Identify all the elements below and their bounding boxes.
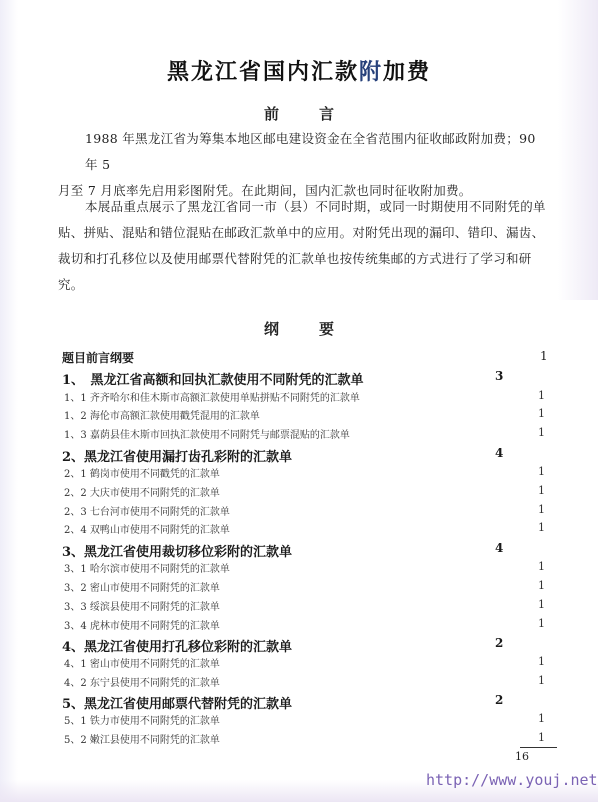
- outline-subitem: 3、4 虎林市使用不同附凭的汇款单1: [0, 617, 598, 635]
- preface-heading-char: 前: [264, 103, 279, 124]
- outline-subitem: 3、2 密山市使用不同附凭的汇款单1: [0, 579, 598, 597]
- preface-heading-char: 言: [319, 103, 334, 124]
- outline-label: 4、黑龙江省使用打孔移位彩附的汇款单: [62, 636, 292, 655]
- outline-label: 4、2 东宁县使用不同附凭的汇款单: [64, 674, 220, 689]
- outline-page-count: 4: [495, 446, 503, 460]
- outline-label: 2、3 七台河市使用不同附凭的汇款单: [64, 503, 230, 518]
- outline-section: 3、黑龙江省使用裁切移位彩附的汇款单4: [0, 541, 598, 559]
- outline-label: 2、2 大庆市使用不同附凭的汇款单: [64, 484, 220, 499]
- scan-edge-right: [558, 0, 598, 300]
- outline-page-count: 1: [538, 598, 545, 611]
- preface-paragraph-1: 1988 年黑龙江省为筹集本地区邮电建设资金在全省范围内征收邮政附加费；90 年…: [58, 126, 546, 204]
- outline-subitem: 1、3 嘉荫县佳木斯市回执汇款使用不同附凭与邮票混贴的汇款单1: [0, 426, 598, 444]
- outline-page-count: 3: [495, 369, 503, 383]
- watermark-url: http://www.youj.net/: [426, 771, 598, 789]
- outline-label: 3、4 虎林市使用不同附凭的汇款单: [64, 617, 220, 632]
- outline-subitem: 1、1 齐齐哈尔和佳木斯市高额汇款使用单贴拼贴不同附凭的汇款单1: [0, 389, 598, 407]
- outline-page-count: 1: [538, 503, 545, 516]
- outline-page-count: 1: [538, 407, 545, 420]
- outline-item: 题目前言纲要1: [0, 349, 598, 367]
- outline-subitem: 4、2 东宁县使用不同附凭的汇款单1: [0, 674, 598, 692]
- title-text: 黑龙江省国内汇款: [167, 59, 359, 85]
- outline-label: 3、3 绥滨县使用不同附凭的汇款单: [64, 598, 220, 613]
- outline-subitem: 2、1 鹤岗市使用不同戳凭的汇款单1: [0, 465, 598, 483]
- outline-label: 3、1 哈尔滨市使用不同附凭的汇款单: [64, 560, 230, 575]
- outline-heading-char: 纲: [264, 318, 279, 339]
- preface-heading: 前言: [0, 103, 598, 124]
- outline-page-count: 1: [538, 579, 545, 592]
- outline-page-count: 1: [538, 521, 545, 534]
- outline-label: 5、1 铁力市使用不同附凭的汇款单: [64, 712, 220, 727]
- outline-page-count: 1: [538, 655, 545, 668]
- outline-label: 5、2 嫩江县使用不同附凭的汇款单: [64, 731, 220, 746]
- outline-page-count: 2: [495, 693, 503, 707]
- total-divider: [520, 747, 557, 748]
- outline-section: 5、黑龙江省使用邮票代替附凭的汇款单2: [0, 693, 598, 711]
- outline-page-count: 1: [540, 349, 548, 363]
- outline-label: 3、黑龙江省使用裁切移位彩附的汇款单: [62, 541, 292, 560]
- para-line: 裁切和打孔移位以及使用邮票代替附凭的汇款单也按传统集邮的方式进行了学习和研: [58, 246, 546, 272]
- para-line: 本展品重点展示了黑龙江省同一市（县）不同时期，或同一时期使用不同附凭的单: [58, 194, 546, 220]
- outline-section: 2、黑龙江省使用漏打齿孔彩附的汇款单4: [0, 446, 598, 464]
- outline-label: 1、1 齐齐哈尔和佳木斯市高额汇款使用单贴拼贴不同附凭的汇款单: [64, 389, 360, 404]
- outline-label: 3、2 密山市使用不同附凭的汇款单: [64, 579, 220, 594]
- total-pages: 16: [515, 750, 529, 763]
- outline-heading: 纲要: [0, 318, 598, 339]
- outline-subitem: 3、3 绥滨县使用不同附凭的汇款单1: [0, 598, 598, 616]
- outline-label: 2、1 鹤岗市使用不同戳凭的汇款单: [64, 465, 220, 480]
- outline-subitem: 2、4 双鸭山市使用不同附凭的汇款单1: [0, 521, 598, 539]
- outline-label: 2、4 双鸭山市使用不同附凭的汇款单: [64, 521, 230, 536]
- outline-section: 1、 黑龙江省高额和回执汇款使用不同附凭的汇款单3: [0, 369, 598, 387]
- para-line: 1988 年黑龙江省为筹集本地区邮电建设资金在全省范围内征收邮政附加费；90 年…: [58, 126, 546, 178]
- outline-subitem: 3、1 哈尔滨市使用不同附凭的汇款单1: [0, 560, 598, 578]
- outline-page-count: 1: [538, 560, 545, 573]
- outline-label: 2、黑龙江省使用漏打齿孔彩附的汇款单: [62, 446, 292, 465]
- outline-label: 1、3 嘉荫县佳木斯市回执汇款使用不同附凭与邮票混贴的汇款单: [64, 426, 350, 441]
- para-line: 究。: [58, 272, 546, 298]
- outline-page-count: 1: [538, 731, 545, 744]
- outline-page-count: 4: [495, 541, 503, 555]
- title-highlight: 附: [359, 59, 383, 85]
- outline-subitem: 1、2 海伦市高额汇款使用戳凭混用的汇款单1: [0, 407, 598, 425]
- outline-page-count: 1: [538, 712, 545, 725]
- preface-paragraph-2: 本展品重点展示了黑龙江省同一市（县）不同时期，或同一时期使用不同附凭的单 贴、拼…: [58, 194, 546, 298]
- outline-page-count: 1: [538, 484, 545, 497]
- outline-section: 4、黑龙江省使用打孔移位彩附的汇款单2: [0, 636, 598, 654]
- outline-page-count: 1: [538, 426, 545, 439]
- outline-subitem: 5、2 嫩江县使用不同附凭的汇款单1: [0, 731, 598, 749]
- outline-label: 4、1 密山市使用不同附凭的汇款单: [64, 655, 220, 670]
- outline-page-count: 2: [495, 636, 503, 650]
- outline-heading-char: 要: [319, 318, 334, 339]
- outline-label: 题目前言纲要: [62, 349, 134, 366]
- outline-page-count: 1: [538, 617, 545, 630]
- para-line: 贴、拼贴、混贴和错位混贴在邮政汇款单中的应用。对附凭出现的漏印、错印、漏齿、: [58, 220, 546, 246]
- outline-subitem: 2、3 七台河市使用不同附凭的汇款单1: [0, 503, 598, 521]
- outline-label: 5、黑龙江省使用邮票代替附凭的汇款单: [62, 693, 292, 712]
- outline-subitem: 5、1 铁力市使用不同附凭的汇款单1: [0, 712, 598, 730]
- outline-label: 1、2 海伦市高额汇款使用戳凭混用的汇款单: [64, 407, 260, 422]
- outline-page-count: 1: [538, 674, 545, 687]
- outline-page-count: 1: [538, 389, 545, 402]
- document-title: 黑龙江省国内汇款附加费: [0, 55, 598, 86]
- title-text-end: 加费: [383, 59, 431, 85]
- outline-subitem: 4、1 密山市使用不同附凭的汇款单1: [0, 655, 598, 673]
- outline-label: 1、 黑龙江省高额和回执汇款使用不同附凭的汇款单: [62, 369, 364, 388]
- outline-subitem: 2、2 大庆市使用不同附凭的汇款单1: [0, 484, 598, 502]
- outline-page-count: 1: [538, 465, 545, 478]
